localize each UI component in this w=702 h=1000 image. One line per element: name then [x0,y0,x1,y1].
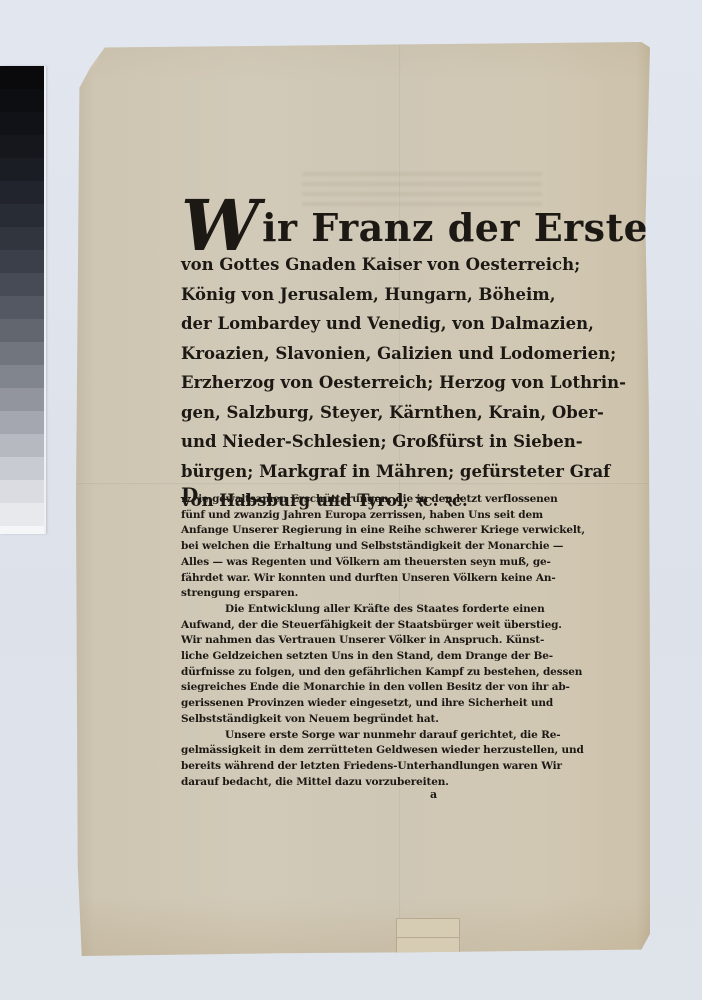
text-line-content: ie gewaltsamen Erschütterungen, die in d… [198,493,557,505]
dog-ear-corner [76,42,98,70]
text-line: bei welchen die Erhaltung und Selbststän… [181,539,513,555]
paragraph-3: Unsere erste Sorge war nunmehr darauf ge… [181,728,513,791]
titulature-line: Kroazien, Slavonien, Galizien und Lodome… [181,339,513,369]
calibration-step [0,388,44,411]
text-line: gerissenen Provinzen wieder eingesetzt, … [181,696,513,712]
document-sheet: W ir Franz der Erste, von Gottes Gnaden … [76,42,650,956]
text-line: Anfange Unserer Regierung in eine Reihe … [181,523,513,539]
decree-title: W ir Franz der Erste, [181,190,511,250]
text-line: Unsere erste Sorge war nunmehr darauf ge… [181,728,513,744]
paragraph-1: Die gewaltsamen Erschütterungen, die in … [181,490,513,602]
calibration-step [0,411,44,434]
decorated-initial: W [181,196,260,256]
calibration-step [0,296,44,319]
titulature-line: der Lombardey und Venedig, von Dalmazien… [181,309,513,339]
calibration-step [0,66,44,89]
calibration-step [0,319,44,342]
calibration-step [0,503,44,526]
titulature-line: gen, Salzburg, Steyer, Kärnthen, Krain, … [181,398,513,428]
calibration-step [0,89,44,112]
text-line: Wir nahmen das Vertrauen Unserer Völker … [181,633,513,649]
text-line: dürfnisse zu folgen, und den gefährliche… [181,665,513,681]
calibration-step [0,112,44,135]
calibration-step [0,250,44,273]
calibration-step [0,365,44,388]
titulature-line: Erzherzog von Oesterreich; Herzog von Lo… [181,368,513,398]
text-line: fährdet war. Wir konnten und durften Uns… [181,571,513,587]
drop-initial: D [181,483,198,507]
text-line: siegreiches Ende die Monarchie in den vo… [181,680,513,696]
text-line: Die gewaltsamen Erschütterungen, die in … [181,490,513,508]
text-line: Aufwand, der die Steuerfähigkeit der Sta… [181,618,513,634]
grayscale-steps [0,66,44,526]
text-line: gelmässigkeit in dem zerrütteten Geldwes… [181,743,513,759]
patch-seam [397,937,459,938]
text-line: Selbstständigkeit von Neuem begründet ha… [181,712,513,728]
text-line: Alles — was Regenten und Völkern am theu… [181,555,513,571]
calibration-white-patch [0,526,44,534]
paragraph-2: Die Entwicklung aller Kräfte des Staates… [181,602,513,728]
title-text: ir Franz der Erste, [262,206,662,250]
signature-mark: a [430,788,437,801]
color-calibration-strip [0,66,46,534]
text-line: darauf bedacht, die Mittel dazu vorzuber… [181,775,513,791]
calibration-step [0,135,44,158]
text-line: bereits während der letzten Friedens-Unt… [181,759,513,775]
calibration-step [0,158,44,181]
calibration-step [0,273,44,296]
text-line: strengung ersparen. [181,586,513,602]
decree-heading: W ir Franz der Erste, von Gottes Gnaden … [181,190,511,516]
text-line: Die Entwicklung aller Kräfte des Staates… [181,602,513,618]
calibration-step [0,342,44,365]
titulature-line: und Nieder-Schlesien; Großfürst in Siebe… [181,427,513,457]
repair-patch [396,918,460,958]
calibration-step [0,204,44,227]
titulature-line: König von Jerusalem, Hungarn, Böheim, [181,280,513,310]
calibration-step [0,434,44,457]
calibration-step [0,480,44,503]
titulature-line: bürgen; Markgraf in Mähren; gefürsteter … [181,457,513,487]
calibration-step [0,227,44,250]
decree-body: Die gewaltsamen Erschütterungen, die in … [181,490,513,790]
text-line: liche Geldzeichen setzten Uns in den Sta… [181,649,513,665]
calibration-step [0,181,44,204]
titulature: von Gottes Gnaden Kaiser von Oesterreich… [181,250,511,516]
text-line: fünf und zwanzig Jahren Europa zerrissen… [181,508,513,524]
calibration-step [0,457,44,480]
